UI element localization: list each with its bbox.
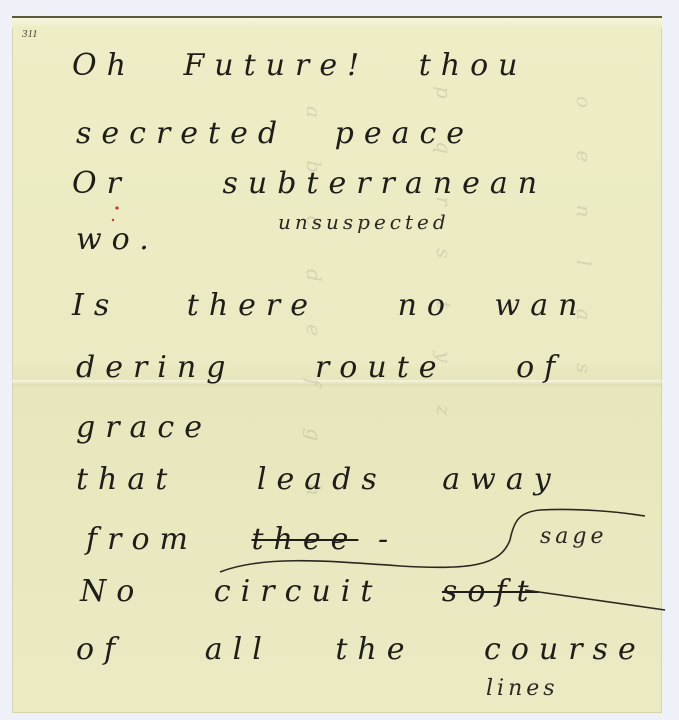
- red-dot-mark: [115, 206, 118, 209]
- variant-bracket-line: [220, 509, 645, 572]
- red-dot-mark: [112, 219, 114, 221]
- cancellation-stroke: [525, 590, 665, 610]
- pen-marks: [0, 0, 679, 720]
